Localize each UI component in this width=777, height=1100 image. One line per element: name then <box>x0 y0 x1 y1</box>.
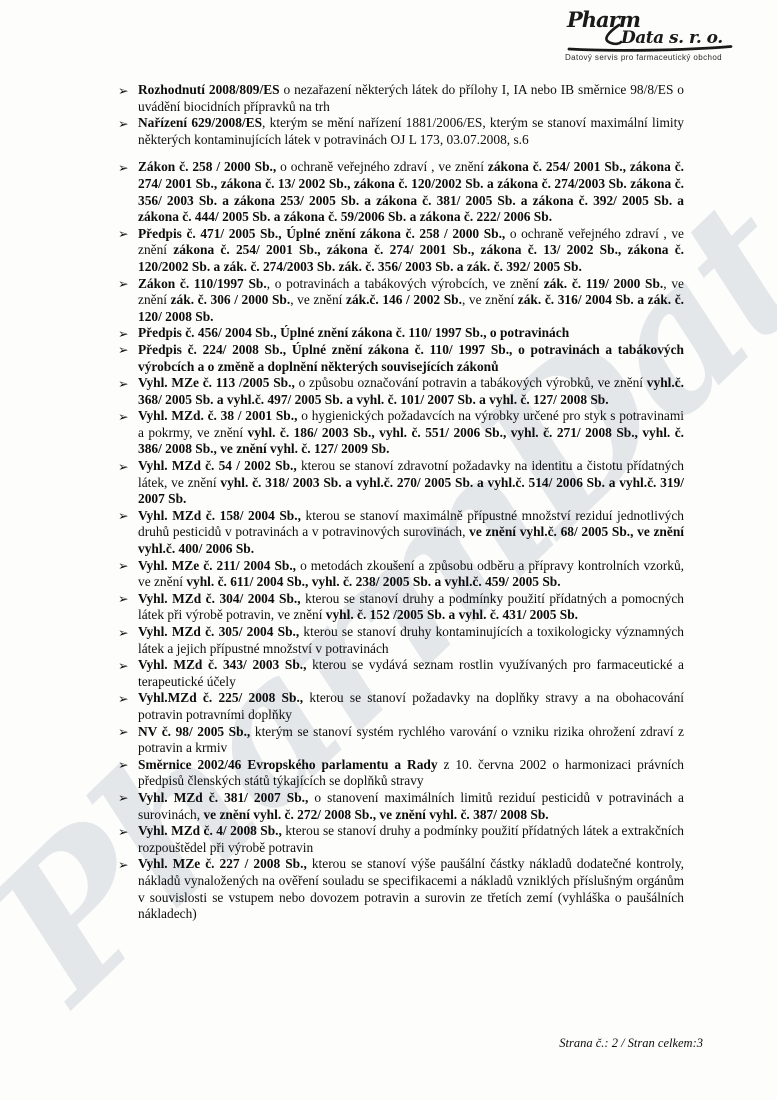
list-item: ➢Vyhl. MZd č. 304/ 2004 Sb., kterou se s… <box>118 591 684 624</box>
list-item: ➢Zákon č. 110/1997 Sb., o potravinách a … <box>118 276 684 326</box>
bullet-arrow-icon: ➢ <box>118 558 128 575</box>
bullet-arrow-icon: ➢ <box>118 724 128 741</box>
list-item: ➢Vyhl. MZd. č. 38 / 2001 Sb., o hygienic… <box>118 408 684 458</box>
list-item: ➢Zákon č. 258 / 2000 Sb., o ochraně veře… <box>118 159 684 225</box>
list-item-text: Vyhl. MZd č. 304/ 2004 Sb., kterou se st… <box>138 591 684 623</box>
list-item: ➢Vyhl. MZd č. 381/ 2007 Sb., o stanovení… <box>118 790 684 823</box>
list-item-text: Vyhl.MZd č. 225/ 2008 Sb., kterou se sta… <box>138 690 684 722</box>
bullet-arrow-icon: ➢ <box>118 226 128 243</box>
list-item-text: Směrnice 2002/46 Evropského parlamentu a… <box>138 757 684 789</box>
law-list-eu-section: ➢Rozhodnutí 2008/809/ES o nezařazení něk… <box>118 82 684 148</box>
list-item: ➢NV č. 98/ 2005 Sb., kterým se stanoví s… <box>118 724 684 757</box>
list-item-text: Vyhl. MZe č. 113 /2005 Sb., o způsobu oz… <box>138 375 684 407</box>
bullet-arrow-icon: ➢ <box>118 591 128 608</box>
pharmdata-logo-graphic: Pharm Data s. r. o. <box>563 8 743 52</box>
list-item-text: Předpis č. 224/ 2008 Sb., Úplné znění zá… <box>138 342 684 374</box>
list-item: ➢Předpis č. 224/ 2008 Sb., Úplné znění z… <box>118 342 684 375</box>
law-list-content: ➢Rozhodnutí 2008/809/ES o nezařazení něk… <box>118 82 684 923</box>
bullet-arrow-icon: ➢ <box>118 409 128 426</box>
list-item-text: Zákon č. 110/1997 Sb., o potravinách a t… <box>138 276 684 324</box>
bullet-arrow-icon: ➢ <box>118 824 128 841</box>
list-item-text: Vyhl. MZd č. 343/ 2003 Sb., kterou se vy… <box>138 657 684 689</box>
bullet-arrow-icon: ➢ <box>118 857 128 874</box>
list-item-text: Předpis č. 471/ 2005 Sb., Úplné znění zá… <box>138 226 684 274</box>
logo-word-data-sro: Data s. r. o. <box>620 28 723 48</box>
list-item-text: Vyhl. MZd č. 381/ 2007 Sb., o stanovení … <box>138 790 684 822</box>
list-item-text: Zákon č. 258 / 2000 Sb., o ochraně veřej… <box>138 159 684 224</box>
list-item-text: Nařízení 629/2008/ES, kterým se mění nař… <box>138 115 684 147</box>
list-item: ➢Vyhl. MZe č. 211/ 2004 Sb., o metodách … <box>118 558 684 591</box>
list-item: ➢Vyhl. MZe č. 227 / 2008 Sb., kterou se … <box>118 856 684 922</box>
bullet-arrow-icon: ➢ <box>118 508 128 525</box>
list-item: ➢Směrnice 2002/46 Evropského parlamentu … <box>118 757 684 790</box>
list-item-text: Vyhl. MZd č. 158/ 2004 Sb., kterou se st… <box>138 508 684 556</box>
list-item: ➢Předpis č. 471/ 2005 Sb., Úplné znění z… <box>118 226 684 276</box>
list-item: ➢Vyhl. MZd č. 4/ 2008 Sb., kterou se sta… <box>118 823 684 856</box>
bullet-arrow-icon: ➢ <box>118 276 128 293</box>
bullet-arrow-icon: ➢ <box>118 625 128 642</box>
list-item: ➢Vyhl. MZd č. 54 / 2002 Sb., kterou se s… <box>118 458 684 508</box>
bullet-arrow-icon: ➢ <box>118 326 128 343</box>
bullet-arrow-icon: ➢ <box>118 691 128 708</box>
bullet-arrow-icon: ➢ <box>118 658 128 675</box>
law-list-national-section: ➢Zákon č. 258 / 2000 Sb., o ochraně veře… <box>118 159 684 922</box>
page-footer: Strana č.: 2 / Stran celkem:3 <box>559 1036 703 1051</box>
list-item: ➢Vyhl. MZd č. 343/ 2003 Sb., kterou se v… <box>118 657 684 690</box>
list-item-text: Vyhl. MZd. č. 38 / 2001 Sb., o hygienick… <box>138 408 684 456</box>
list-item: ➢Vyhl.MZd č. 225/ 2008 Sb., kterou se st… <box>118 690 684 723</box>
list-item: ➢Předpis č. 456/ 2004 Sb., Úplné znění z… <box>118 325 684 342</box>
list-item-text: Rozhodnutí 2008/809/ES o nezařazení někt… <box>138 82 684 114</box>
bullet-arrow-icon: ➢ <box>118 459 128 476</box>
bullet-arrow-icon: ➢ <box>118 757 128 774</box>
list-item: ➢Nařízení 629/2008/ES, kterým se mění na… <box>118 115 684 148</box>
list-item-text: Vyhl. MZe č. 211/ 2004 Sb., o metodách z… <box>138 558 684 590</box>
bullet-arrow-icon: ➢ <box>118 160 128 177</box>
list-item-text: Předpis č. 456/ 2004 Sb., Úplné znění zá… <box>138 325 569 340</box>
list-item-text: Vyhl. MZd č. 4/ 2008 Sb., kterou se stan… <box>138 823 684 855</box>
scanned-document-page: PharmData Pharm Data s. r. o. Datový ser… <box>0 0 777 1100</box>
list-item-text: Vyhl. MZd č. 305/ 2004 Sb., kterou se st… <box>138 624 684 656</box>
list-item-text: Vyhl. MZe č. 227 / 2008 Sb., kterou se s… <box>138 856 684 921</box>
list-item: ➢Vyhl. MZd č. 158/ 2004 Sb., kterou se s… <box>118 508 684 558</box>
bullet-arrow-icon: ➢ <box>118 342 128 359</box>
list-item: ➢Vyhl. MZe č. 113 /2005 Sb., o způsobu o… <box>118 375 684 408</box>
bullet-arrow-icon: ➢ <box>118 790 128 807</box>
list-item: ➢Rozhodnutí 2008/809/ES o nezařazení něk… <box>118 82 684 115</box>
list-item: ➢Vyhl. MZd č. 305/ 2004 Sb., kterou se s… <box>118 624 684 657</box>
list-item-text: NV č. 98/ 2005 Sb., kterým se stanoví sy… <box>138 724 684 756</box>
bullet-arrow-icon: ➢ <box>118 116 128 133</box>
logo-tagline: Datový servis pro farmaceutický obchod <box>563 53 743 62</box>
bullet-arrow-icon: ➢ <box>118 376 128 393</box>
bullet-arrow-icon: ➢ <box>118 83 128 100</box>
pharmdata-logo: Pharm Data s. r. o. Datový servis pro fa… <box>563 8 743 62</box>
list-item-text: Vyhl. MZd č. 54 / 2002 Sb., kterou se st… <box>138 458 684 506</box>
